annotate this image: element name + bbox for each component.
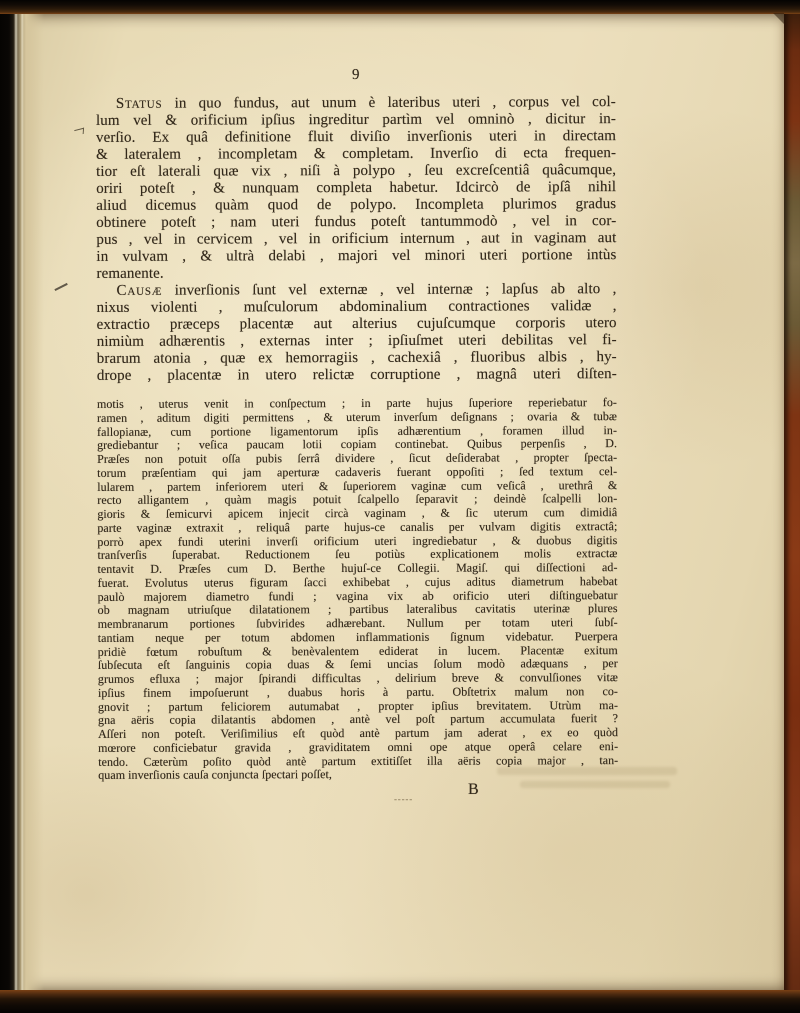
book-edge-top xyxy=(0,0,800,14)
showthrough-smudge xyxy=(520,781,670,788)
binding-gutter xyxy=(0,0,46,1013)
text-line: pus , vel in cervicem , vel in orificium… xyxy=(96,230,616,249)
text-line: drope , placentæ in utero relictæ corrup… xyxy=(97,366,617,385)
text-line: nimiùm adhærentis , externas inter ; ipſ… xyxy=(97,332,617,351)
signature-mark: B xyxy=(468,781,479,799)
text-line: aliud dicemus quàm quod de polypo. Incom… xyxy=(96,196,616,215)
book-cover-edge xyxy=(784,0,800,1013)
book-edge-bottom xyxy=(0,990,800,1013)
paragraph-initial-word: Status xyxy=(116,96,163,112)
text-line: Status in quo fundus, aut unum è laterib… xyxy=(96,94,616,113)
text-line: tendo. Cæterùm poſito quòd antè partum e… xyxy=(98,754,618,770)
text-line: lum vel & orificium ipſius ingreditur pa… xyxy=(96,111,616,130)
text-line: oriri poteſt , & nunquam completa habetu… xyxy=(96,179,616,198)
page-corner-shadow xyxy=(773,13,784,24)
paragraph-lines: nixus violenti , muſculorum abdominalium… xyxy=(97,298,617,385)
footnote-last-line: quam inverſionis cauſa conjuncta ſpectar… xyxy=(98,767,618,783)
text-line: obtinere poteſt ; nam uteri fundus poteſ… xyxy=(96,213,616,232)
page-number: 9 xyxy=(96,67,616,84)
catchword-dashes: ----- xyxy=(394,794,413,804)
paragraph-last-line: remanente. xyxy=(96,264,616,283)
paragraph-initial-word: Causæ xyxy=(117,283,163,299)
scanned-book-page: 9 Status in quo fundus, aut unum è later… xyxy=(0,0,800,1013)
footnote-block: motis , uterus venit in conſpectum ; in … xyxy=(97,396,618,783)
text-block: 9 Status in quo fundus, aut unum è later… xyxy=(96,67,618,783)
paragraph-first-line-rest: in quo fundus, aut unum è lateribus uter… xyxy=(162,94,616,112)
paragraph-lines: lum vel & orificium ipſius ingreditur pa… xyxy=(96,111,617,266)
text-line: tior eſt laterali quæ vix , niſi à polyp… xyxy=(96,162,616,181)
text-line: Causæ inverſionis ſunt vel externæ , vel… xyxy=(97,281,617,300)
footnote-lines: motis , uterus venit in conſpectum ; in … xyxy=(97,396,618,769)
body-paragraph-1: Status in quo fundus, aut unum è laterib… xyxy=(96,94,617,283)
text-line: brarum atonia , quæ ex hemorragiis , cac… xyxy=(97,349,617,368)
text-line: & lateralem , incompletam & completam. I… xyxy=(96,145,616,164)
paragraph-first-line-rest: inverſionis ſunt vel externæ , vel inter… xyxy=(162,281,616,299)
body-paragraph-2: Causæ inverſionis ſunt vel externæ , vel… xyxy=(97,281,617,385)
text-line: in vulvam , & ultrà delabi , majori vel … xyxy=(96,247,616,266)
text-line: nixus violenti , muſculorum abdominalium… xyxy=(97,298,617,317)
text-line: extractio præceps placentæ aut alterius … xyxy=(97,315,617,334)
text-line: verſio. Ex quâ definitione fluit diviſio… xyxy=(96,128,616,147)
